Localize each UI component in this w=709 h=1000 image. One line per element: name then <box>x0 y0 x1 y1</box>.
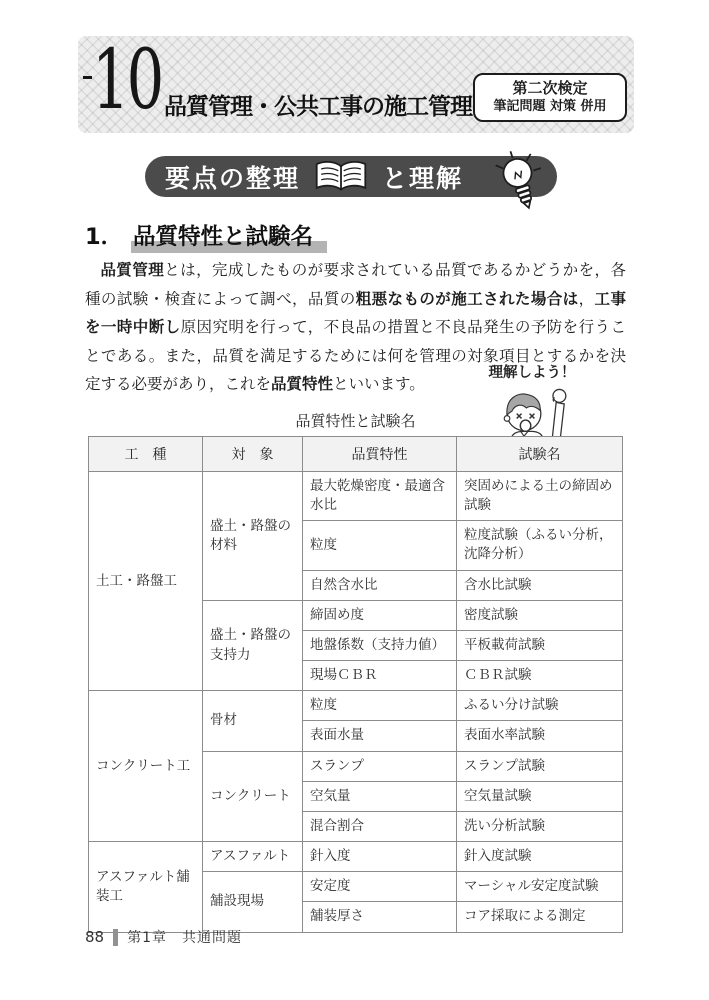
characteristic-cell: 混合割合 <box>303 811 457 841</box>
characteristic-cell: 締固め度 <box>303 600 457 630</box>
intro-segment: といいます。 <box>333 375 425 393</box>
header-characteristic: 品質特性 <box>303 437 457 472</box>
test-name-cell: 含水比試験 <box>457 570 623 600</box>
page-footer: 88 第1章 共通問題 <box>85 927 242 947</box>
footer-divider-bar <box>113 929 118 946</box>
characteristic-cell: 自然含水比 <box>303 570 457 600</box>
characteristic-cell: 粒度 <box>303 521 457 570</box>
target-cell: 舗設現場 <box>203 872 303 932</box>
characteristic-cell: 現場ＣＢＲ <box>303 661 457 691</box>
test-name-cell: スランプ試験 <box>457 751 623 781</box>
chapter-number-dash <box>83 76 92 79</box>
work-type-cell: アスファルト舗装工 <box>89 842 203 932</box>
chapter-title: 品質管理・公共工事の施工管理 <box>164 88 472 121</box>
characteristic-cell: 舗装厚さ <box>303 902 457 932</box>
section-title: 品質特性と試験名 <box>131 224 327 253</box>
header-test-name: 試験名 <box>457 437 623 472</box>
target-cell: 骨材 <box>203 691 303 751</box>
characteristic-cell: 空気量 <box>303 781 457 811</box>
key-points-banner: 要点の整理 と理解 <box>145 156 557 197</box>
table-title: 品質特性と試験名 <box>85 410 626 431</box>
footer-chapter-label: 第1章 共通問題 <box>127 927 242 947</box>
intro-segment: 粗悪なものが施工された場合は <box>356 290 579 308</box>
test-name-cell: 表面水率試験 <box>457 721 623 751</box>
test-name-cell: 突固めによる土の締固め試験 <box>457 472 623 521</box>
characteristic-cell: 粒度 <box>303 691 457 721</box>
test-name-cell: ＣＢＲ試験 <box>457 661 623 691</box>
table-row: 土工・路盤工盛土・路盤の材料最大乾燥密度・最適含水比突固めによる土の締固め試験 <box>89 472 623 521</box>
characteristic-cell: 表面水量 <box>303 721 457 751</box>
test-name-cell: コア採取による測定 <box>457 902 623 932</box>
mascot-caption: 理解しよう！ <box>476 361 588 382</box>
exam-badge-line1: 第二次検定 <box>477 78 623 98</box>
characteristic-cell: スランプ <box>303 751 457 781</box>
intro-segment: 品質管理 <box>101 261 165 279</box>
exam-badge-line2: 筆記問題 対策 併用 <box>477 98 623 116</box>
work-type-cell: 土工・路盤工 <box>89 472 203 691</box>
intro-segment: 品質特性 <box>271 375 333 393</box>
test-name-cell: 密度試験 <box>457 600 623 630</box>
header-work-type: 工 種 <box>89 437 203 472</box>
exam-badge: 第二次検定 筆記問題 対策 併用 <box>473 73 627 122</box>
characteristic-cell: 地盤係数（支持力値） <box>303 630 457 660</box>
textbook-page: 10 品質管理・公共工事の施工管理 第二次検定 筆記問題 対策 併用 要点の整理… <box>0 0 709 1000</box>
characteristic-cell: 針入度 <box>303 842 457 872</box>
test-name-cell: ふるい分け試験 <box>457 691 623 721</box>
target-cell: コンクリート <box>203 751 303 841</box>
intro-segment: ， <box>579 290 595 308</box>
test-name-cell: 粒度試験（ふるい分析，沈降分析） <box>457 521 623 570</box>
table-header-row: 工 種 対 象 品質特性 試験名 <box>89 437 623 472</box>
target-cell: 盛土・路盤の支持力 <box>203 600 303 690</box>
test-name-cell: 空気量試験 <box>457 781 623 811</box>
test-name-cell: 平板載荷試験 <box>457 630 623 660</box>
lightbulb-icon <box>493 147 549 217</box>
banner-left-label: 要点の整理 <box>165 159 300 195</box>
characteristic-cell: 安定度 <box>303 872 457 902</box>
table-row: コンクリート工骨材粒度ふるい分け試験 <box>89 691 623 721</box>
banner-right-label: と理解 <box>382 159 463 195</box>
page-number: 88 <box>85 928 104 946</box>
quality-table-body: 土工・路盤工盛土・路盤の材料最大乾燥密度・最適含水比突固めによる土の締固め試験粒… <box>89 472 623 933</box>
table-row: アスファルト舗装工アスファルト針入度針入度試験 <box>89 842 623 872</box>
test-name-cell: 洗い分析試験 <box>457 811 623 841</box>
quality-characteristics-table: 工 種 対 象 品質特性 試験名 土工・路盤工盛土・路盤の材料最大乾燥密度・最適… <box>88 436 623 933</box>
work-type-cell: コンクリート工 <box>89 691 203 842</box>
chapter-number: 10 <box>92 40 161 122</box>
test-name-cell: マーシャル安定度試験 <box>457 872 623 902</box>
target-cell: アスファルト <box>203 842 303 872</box>
mascot: 理解しよう！ <box>476 361 588 445</box>
open-book-icon <box>312 160 370 196</box>
section-number: 1． <box>85 224 123 250</box>
test-name-cell: 針入度試験 <box>457 842 623 872</box>
section-heading: 1． 品質特性と試験名 <box>85 219 327 251</box>
chapter-header-band: 10 品質管理・公共工事の施工管理 第二次検定 筆記問題 対策 併用 <box>78 36 634 133</box>
header-target: 対 象 <box>203 437 303 472</box>
characteristic-cell: 最大乾燥密度・最適含水比 <box>303 472 457 521</box>
target-cell: 盛土・路盤の材料 <box>203 472 303 601</box>
